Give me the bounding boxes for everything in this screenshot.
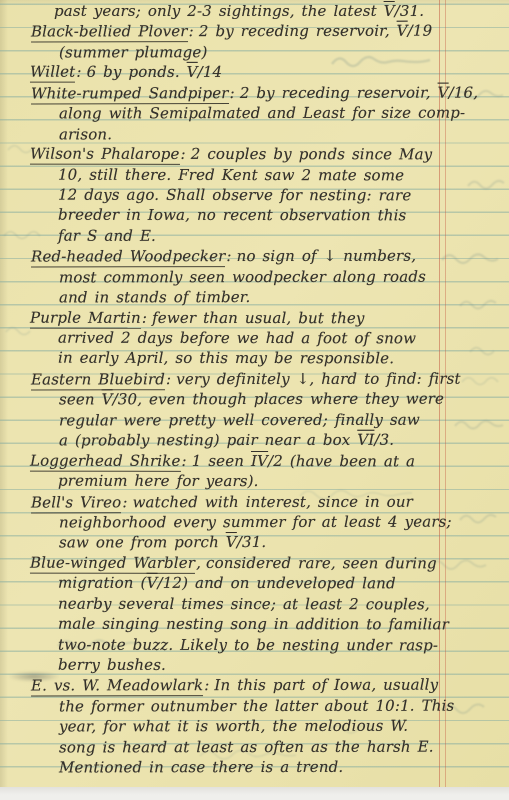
note-line: far S and E.	[0, 225, 509, 246]
note-line: Black-bellied Plover:2 by receding reser…	[1, 21, 509, 43]
species-separator: ,	[196, 554, 201, 572]
note-line: seen V/30, even though places where they…	[1, 389, 509, 411]
note-line: E. vs. W. Meadowlark:In this part of Iow…	[1, 675, 509, 697]
note-line: song is heard at least as often as the h…	[1, 736, 509, 758]
note-text: 2 by receding reservoir, V/16,	[240, 83, 478, 101]
species-separator: :	[204, 677, 209, 695]
species-separator: :	[230, 84, 235, 102]
note-text: 2 couples by ponds since May	[191, 145, 433, 163]
note-line: breeder in Iowa, no recent observation t…	[0, 205, 509, 226]
note-line: 12 days ago. Shall observe for nesting: …	[0, 184, 509, 205]
note-line: Eastern Bluebird:very definitely ↓, hard…	[1, 368, 509, 390]
note-line: (summer plumage)	[1, 41, 509, 63]
note-text: very definitely ↓, hard to find: first	[176, 369, 460, 388]
note-text: 6 by ponds. V/14	[87, 63, 223, 81]
note-line: arrived 2 days before we had a foot of s…	[0, 328, 509, 349]
note-line: 10, still there. Fred Kent saw 2 mate so…	[0, 164, 509, 185]
note-line: migration (V/12) and on undeveloped land	[0, 573, 509, 594]
note-line: and in stands of timber.	[1, 287, 509, 309]
note-line: nearby several times since; at least 2 c…	[0, 593, 509, 614]
bird-entries: Black-bellied Plover:2 by receding reser…	[0, 21, 509, 777]
species-name: Wilson's Phalarope	[30, 145, 180, 165]
note-entry: Red-headed Woodpecker:no sign of ↓ numbe…	[0, 246, 509, 307]
note-text: considered rare, seen during	[206, 554, 437, 572]
note-entry: White-rumped Sandpiper:2 by receding res…	[0, 83, 509, 144]
note-entry: Blue-winged Warbler,considered rare, see…	[0, 553, 509, 676]
note-line: the former outnumber the latter about 10…	[1, 695, 509, 717]
note-line: Bell's Vireo:watched with interest, sinc…	[1, 491, 509, 513]
note-line: Blue-winged Warbler,considered rare, see…	[0, 552, 509, 573]
species-name: Black-bellied Plover	[31, 23, 188, 43]
handwritten-notes: past years; only 2-3 sightings, the late…	[0, 1, 509, 778]
note-line: year, for what it is worth, the melodiou…	[1, 716, 509, 738]
species-name: Bell's Vireo	[31, 493, 121, 513]
note-entry: Black-bellied Plover:2 by receding reser…	[0, 21, 509, 62]
note-text: 1 seen IV/2 (have been at a	[192, 452, 415, 470]
species-separator: :	[181, 145, 186, 163]
note-text: In this part of Iowa, usually	[214, 676, 438, 694]
species-name: Purple Martin	[30, 308, 141, 328]
note-text: watched with interest, since in our	[133, 492, 413, 511]
species-name: White-rumped Sandpiper	[31, 84, 229, 104]
species-separator: :	[182, 451, 187, 469]
note-line: two-note buzz. Likely to be nesting unde…	[0, 634, 509, 655]
species-separator: :	[76, 63, 81, 81]
note-entry: Willet:6 by ponds. V/14	[0, 62, 509, 82]
note-line: in early April, so this may be responsib…	[0, 348, 509, 369]
note-line: White-rumped Sandpiper:2 by receding res…	[1, 82, 509, 104]
note-entry: Loggerhead Shrike:1 seen IV/2 (have been…	[0, 451, 509, 492]
species-separator: :	[189, 23, 194, 41]
note-line: most commonly seen woodpecker along road…	[1, 266, 509, 288]
note-line: saw one from porch V/31.	[1, 532, 509, 554]
note-line: Mentioned in case there is a trend.	[1, 757, 509, 779]
species-name: Blue-winged Warbler	[30, 553, 195, 573]
note-entry: Purple Martin:fewer than usual, but they…	[0, 308, 509, 369]
species-name: Red-headed Woodpecker	[31, 247, 225, 267]
species-name: Willet	[30, 63, 75, 83]
note-line: along with Semipalmated and Least for si…	[1, 103, 509, 125]
note-line: Willet:6 by ponds. V/14	[0, 62, 509, 83]
species-separator: :	[122, 493, 127, 511]
note-text: no sign of ↓ numbers,	[237, 247, 417, 265]
note-entry: Bell's Vireo:watched with interest, sinc…	[0, 492, 509, 553]
note-line: a (probably nesting) pair near a box VI/…	[1, 430, 509, 452]
note-entry: E. vs. W. Meadowlark:In this part of Iow…	[0, 675, 509, 777]
species-name: Eastern Bluebird	[31, 370, 165, 390]
note-text: 2 by receding reservoir, V/19	[199, 22, 432, 40]
note-line: berry bushes.	[0, 655, 509, 676]
note-line: Red-headed Woodpecker:no sign of ↓ numbe…	[1, 246, 509, 268]
note-line: arison.	[1, 123, 509, 145]
note-line: Wilson's Phalarope:2 couples by ponds si…	[0, 144, 509, 165]
notepad-page: past years; only 2-3 sightings, the late…	[0, 0, 509, 787]
species-name: E. vs. W. Meadowlark	[31, 677, 203, 697]
note-line: Loggerhead Shrike:1 seen IV/2 (have been…	[0, 450, 509, 471]
species-name: Loggerhead Shrike	[30, 451, 181, 471]
note-line-intro: past years; only 2-3 sightings, the late…	[0, 1, 509, 21]
note-line: male singing nesting song in addition to…	[0, 614, 509, 635]
note-line: neighborhood every summer for at least 4…	[1, 511, 509, 533]
species-separator: :	[226, 247, 231, 265]
note-text: fewer than usual, but they	[152, 308, 364, 326]
species-separator: :	[166, 370, 171, 388]
note-line: premium here for years).	[0, 471, 509, 492]
note-entry: Eastern Bluebird:very definitely ↓, hard…	[0, 369, 509, 451]
scan-background	[0, 787, 509, 800]
note-entry: Wilson's Phalarope:2 couples by ponds si…	[0, 144, 509, 246]
note-line: Purple Martin:fewer than usual, but they	[0, 307, 509, 328]
species-separator: :	[142, 308, 147, 326]
note-line: regular were pretty well covered; finall…	[1, 409, 509, 431]
scanned-notepad: past years; only 2-3 sightings, the late…	[0, 0, 509, 800]
